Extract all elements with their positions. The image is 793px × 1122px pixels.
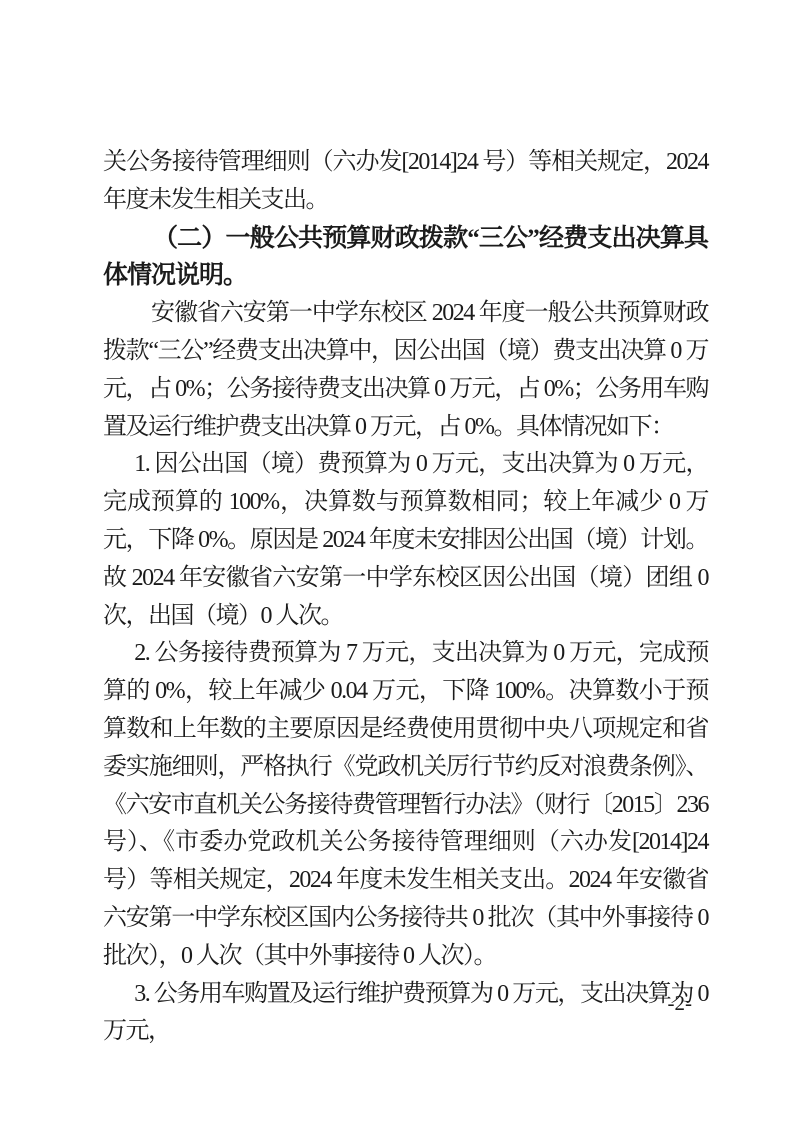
paragraph-item-1-abroad-expense: 1. 因公出国（境）费预算为 0 万元，支出决算为 0 万元，完成预算的 100…	[103, 446, 708, 635]
section-heading-2: （二）一般公共预算财政拨款“三公”经费支出决算具体情况说明。	[103, 220, 708, 296]
paragraph-overview: 安徽省六安第一中学东校区 2024 年度一般公共预算财政拨款“三公”经费支出决算…	[103, 295, 708, 446]
document-text-body: 关公务接待管理细则（六办发[2014]24 号）等相关规定，2024 年度未发生…	[103, 144, 708, 1051]
document-page: 关公务接待管理细则（六办发[2014]24 号）等相关规定，2024 年度未发生…	[0, 0, 793, 1122]
paragraph-item-2-reception-expense: 2. 公务接待费预算为 7 万元，支出决算为 0 万元，完成预算的 0%，较上年…	[103, 635, 708, 975]
paragraph-item-3-vehicle-expense: 3. 公务用车购置及运行维护费预算为 0 万元，支出决算为 0 万元，	[103, 976, 708, 1052]
paragraph-continuation: 关公务接待管理细则（六办发[2014]24 号）等相关规定，2024 年度未发生…	[103, 144, 708, 220]
page-number: -2-	[668, 991, 693, 1016]
